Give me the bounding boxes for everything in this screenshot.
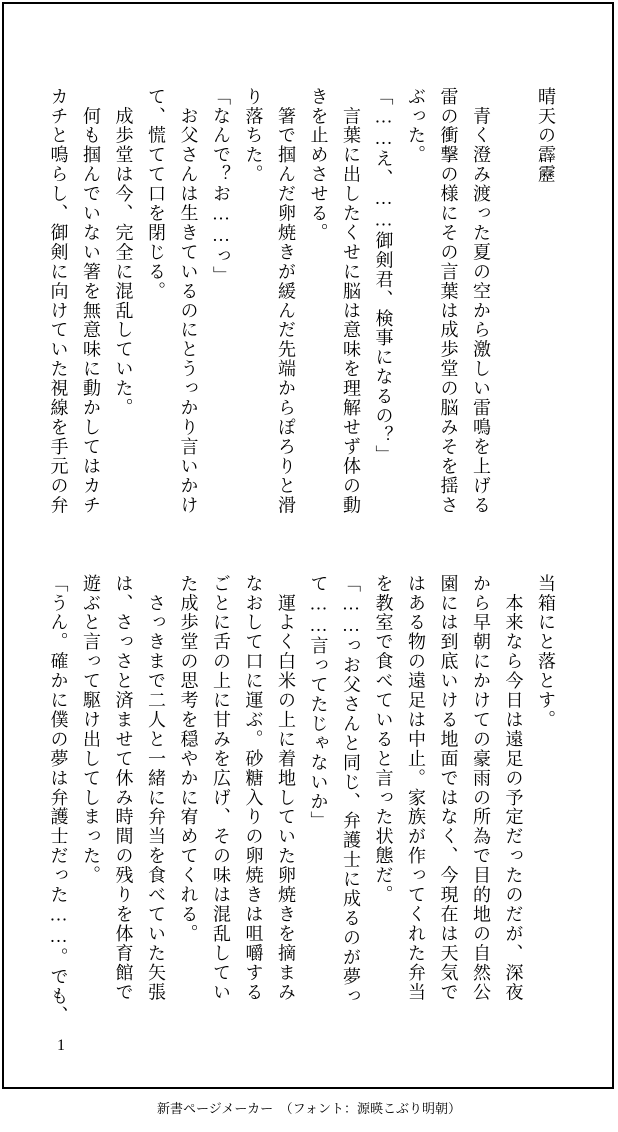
text-line: 「なんで？お……っ」 (205, 87, 238, 521)
text-line: り落ちた。 (237, 87, 270, 521)
text-line: 運よく白米の上に着地していた卵焼きを摘まみ (270, 574, 303, 1008)
lower-text-block: 当箱にと落とす。 本来なら今日は遠足の予定だったのだが、深夜から早朝にかけての豪… (42, 574, 562, 1008)
text-line: お父さんは生きているのにとうっかり言いかけ (172, 87, 205, 521)
text-line: 園には到底いける地面ではなく、今現在は天気で (432, 574, 465, 1008)
text-line: さっきまで二人と一緒に弁当を食べていた矢張 (140, 574, 173, 1008)
text-line: 「……え、……御剣君、検事になるの？」 (367, 87, 400, 521)
text-line: 当箱にと落とす。 (530, 574, 563, 1008)
text-line: て、慌てて口を閉じる。 (140, 87, 173, 521)
text-line: 「うん。確かに僕の夢は弁護士だった……。でも、 (42, 574, 75, 1008)
text-line: 青く澄み渡った夏の空から激しい雷鳴を上げる (465, 87, 498, 521)
text-line: 成歩堂は今、完全に混乱していた。 (107, 87, 140, 521)
text-line: カチと鳴らし、御剣に向けていた視線を手元の弁 (42, 87, 75, 521)
text-line (497, 87, 530, 521)
page-border: 晴天の霹靂 青く澄み渡った夏の空から激しい雷鳴を上げる雷の衝撃の様にその言葉は成… (2, 2, 614, 1089)
text-line: きを止めさせる。 (302, 87, 335, 521)
text-line: 「……っお父さんと同じ、弁護士に成るのが夢っ (335, 574, 368, 1008)
text-line: はある物の遠足は中止。家族が作ってくれた弁当 (400, 574, 433, 1008)
text-line: 本来なら今日は遠足の予定だったのだが、深夜 (497, 574, 530, 1008)
text-line: から早朝にかけての豪雨の所為で目的地の自然公 (465, 574, 498, 1008)
page-title: 晴天の霹靂 (530, 87, 563, 521)
text-line: 箸で掴んだ卵焼きが緩んだ先端からぽろりと滑 (270, 87, 303, 521)
text-line: を教室で食べていると言った状態だ。 (367, 574, 400, 1008)
text-line: 言葉に出したくせに脳は意味を理解せず体の動 (335, 87, 368, 521)
lower-lines: 当箱にと落とす。 本来なら今日は遠足の予定だったのだが、深夜から早朝にかけての豪… (42, 574, 562, 1008)
upper-text-block: 晴天の霹靂 青く澄み渡った夏の空から激しい雷鳴を上げる雷の衝撃の様にその言葉は成… (42, 87, 562, 521)
upper-lines: 青く澄み渡った夏の空から激しい雷鳴を上げる雷の衝撃の様にその言葉は成歩堂の脳みそ… (42, 87, 530, 521)
text-line: なおして口に運ぶ。砂糖入りの卵焼きは咀嚼する (237, 574, 270, 1008)
page-number: 1 (57, 1036, 65, 1056)
footer-caption: 新書ページメーカー （フォント：源暎こぶり明朝） (0, 1100, 618, 1118)
text-line: 雷の衝撃の様にその言葉は成歩堂の脳みそを揺さ (432, 87, 465, 521)
text-line: た成歩堂の思考を穏やかに宥めてくれる。 (172, 574, 205, 1008)
text-line: 何も掴んでいない箸を無意味に動かしてはカチ (75, 87, 108, 521)
text-line: て……言ってたじゃないか」 (302, 574, 335, 1008)
text-line: ぶった。 (400, 87, 433, 521)
text-line: ごとに舌の上に甘みを広げ、その味は混乱してい (205, 574, 238, 1008)
novel-page: 晴天の霹靂 青く澄み渡った夏の空から激しい雷鳴を上げる雷の衝撃の様にその言葉は成… (0, 0, 618, 1132)
text-line: は、さっさと済ませて休み時間の残りを体育館で (107, 574, 140, 1008)
text-line: 遊ぶと言って駆け出してしまった。 (75, 574, 108, 1008)
